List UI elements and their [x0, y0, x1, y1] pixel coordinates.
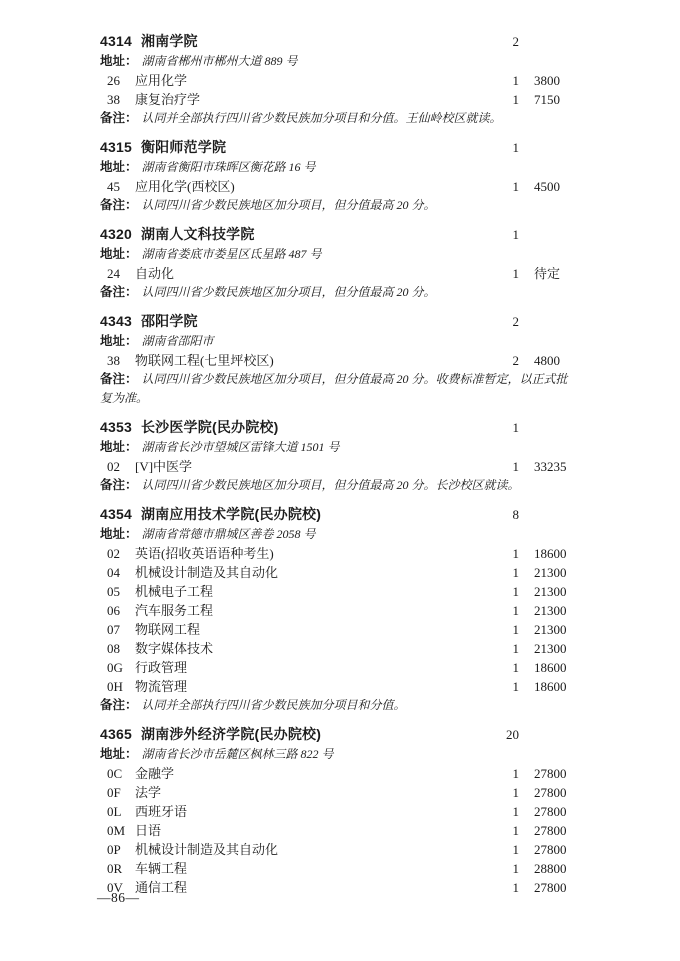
note-value: 认同四川省少数民族地区加分项目，但分值最高 20 分。 — [142, 198, 436, 212]
major-name: 物流管理 — [135, 679, 187, 694]
school-total-count: 1 — [497, 418, 519, 438]
school-block: 4315衡阳师范学院 1 地址：湖南省衡阳市珠晖区衡花路 16 号 45应用化学… — [100, 137, 576, 215]
major-name: 车辆工程 — [135, 861, 187, 876]
school-title: 4315衡阳师范学院 — [100, 137, 497, 157]
major-fee: 28800 — [534, 859, 576, 878]
major-count: 1 — [497, 264, 519, 283]
major-code: 38 — [107, 351, 127, 370]
major-main: 38康复治疗学 — [100, 90, 497, 109]
school-code: 4365 — [100, 726, 132, 742]
major-name: 通信工程 — [135, 880, 187, 895]
major-main: 07物联网工程 — [100, 620, 497, 639]
major-main: 08数字媒体技术 — [100, 639, 497, 658]
major-main: 0V通信工程 — [100, 878, 497, 897]
address-value: 湖南省娄底市娄星区氐星路 487 号 — [142, 247, 322, 261]
major-name: 数字媒体技术 — [135, 641, 213, 656]
address-line: 地址：湖南省长沙市岳麓区枫林三路 822 号 — [100, 745, 576, 764]
school-code: 4314 — [100, 33, 132, 49]
address-line: 地址：湖南省长沙市望城区雷锋大道 1501 号 — [100, 438, 576, 457]
major-main: 0H物流管理 — [100, 677, 497, 696]
major-fee: 21300 — [534, 639, 576, 658]
major-row: 0F法学 1 27800 — [100, 783, 576, 802]
major-row: 0M日语 1 27800 — [100, 821, 576, 840]
address-value: 湖南省长沙市望城区雷锋大道 1501 号 — [142, 440, 340, 454]
major-count: 1 — [497, 177, 519, 196]
major-fee: 21300 — [534, 582, 576, 601]
major-row: 38物联网工程(七里坪校区) 2 4800 — [100, 351, 576, 370]
school-list: 4314湘南学院 2 地址：湖南省郴州市郴州大道 889 号 26应用化学 1 … — [100, 31, 576, 897]
school-name: 长沙医学院(民办院校) — [141, 419, 279, 435]
address-line: 地址：湖南省邵阳市 — [100, 332, 576, 351]
major-count: 1 — [497, 544, 519, 563]
address-label: 地址： — [100, 334, 138, 348]
major-main: 02英语(招收英语语种考生) — [100, 544, 497, 563]
note-label: 备注： — [100, 198, 138, 212]
major-code: 02 — [107, 544, 127, 563]
major-main: 04机械设计制造及其自动化 — [100, 563, 497, 582]
major-count: 1 — [497, 658, 519, 677]
major-code: 24 — [107, 264, 127, 283]
school-code: 4354 — [100, 506, 132, 522]
major-fee: 27800 — [534, 840, 576, 859]
major-count: 1 — [497, 601, 519, 620]
note-value: 认同四川省少数民族地区加分项目，但分值最高 20 分。 — [142, 285, 436, 299]
note-line: 备注：认同四川省少数民族地区加分项目，但分值最高 20 分。收费标准暂定，以正式… — [100, 370, 576, 408]
note-value: 认同并全部执行四川省少数民族加分项目和分值。王仙岭校区就读。 — [142, 111, 502, 125]
major-row: 0C金融学 1 27800 — [100, 764, 576, 783]
school-block: 4314湘南学院 2 地址：湖南省郴州市郴州大道 889 号 26应用化学 1 … — [100, 31, 576, 128]
major-fee: 21300 — [534, 563, 576, 582]
school-total-count: 2 — [497, 32, 519, 52]
school-name: 湖南涉外经济学院(民办院校) — [141, 726, 321, 742]
address-line: 地址：湖南省娄底市娄星区氐星路 487 号 — [100, 245, 576, 264]
note-line: 备注：认同四川省少数民族地区加分项目，但分值最高 20 分。 — [100, 196, 576, 215]
major-fee: 3800 — [534, 71, 576, 90]
major-fee: 21300 — [534, 620, 576, 639]
major-main: 24自动化 — [100, 264, 497, 283]
note-line: 备注：认同并全部执行四川省少数民族加分项目和分值。王仙岭校区就读。 — [100, 109, 576, 128]
school-header: 4314湘南学院 2 — [100, 31, 576, 52]
major-main: 45应用化学(西校区) — [100, 177, 497, 196]
major-name: 机械设计制造及其自动化 — [135, 842, 278, 857]
address-label: 地址： — [100, 54, 138, 68]
school-code: 4315 — [100, 139, 132, 155]
school-total-count: 8 — [497, 505, 519, 525]
major-row: 08数字媒体技术 1 21300 — [100, 639, 576, 658]
major-count: 1 — [497, 859, 519, 878]
major-row: 45应用化学(西校区) 1 4500 — [100, 177, 576, 196]
major-main: 0F法学 — [100, 783, 497, 802]
major-count: 1 — [497, 677, 519, 696]
major-list: 0C金融学 1 27800 0F法学 1 27800 0L西班牙语 1 2780… — [100, 764, 576, 897]
major-row: 02[V]中医学 1 33235 — [100, 457, 576, 476]
school-total-count: 2 — [497, 312, 519, 332]
school-total-count: 20 — [497, 725, 519, 745]
major-fee: 7150 — [534, 90, 576, 109]
major-fee: 27800 — [534, 764, 576, 783]
note-label: 备注： — [100, 698, 138, 712]
note-line: 备注：认同四川省少数民族地区加分项目，但分值最高 20 分。 — [100, 283, 576, 302]
address-label: 地址： — [100, 160, 138, 174]
major-code: 05 — [107, 582, 127, 601]
school-title: 4314湘南学院 — [100, 31, 497, 51]
school-block: 4343邵阳学院 2 地址：湖南省邵阳市 38物联网工程(七里坪校区) 2 48… — [100, 311, 576, 408]
major-main: 05机械电子工程 — [100, 582, 497, 601]
major-name: 机械电子工程 — [135, 584, 213, 599]
major-name: 机械设计制造及其自动化 — [135, 565, 278, 580]
school-total-count: 1 — [497, 225, 519, 245]
major-row: 0G行政管理 1 18600 — [100, 658, 576, 677]
school-block: 4365湖南涉外经济学院(民办院校) 20 地址：湖南省长沙市岳麓区枫林三路 8… — [100, 724, 576, 897]
major-name: [V]中医学 — [135, 459, 192, 474]
major-count: 1 — [497, 620, 519, 639]
note-value: 认同四川省少数民族地区加分项目，但分值最高 20 分。长沙校区就读。 — [142, 478, 520, 492]
major-code: 02 — [107, 457, 127, 476]
major-name: 英语(招收英语语种考生) — [135, 546, 274, 561]
major-list: 45应用化学(西校区) 1 4500 — [100, 177, 576, 196]
note-label: 备注： — [100, 372, 138, 386]
major-count: 1 — [497, 639, 519, 658]
major-count: 1 — [497, 821, 519, 840]
major-count: 1 — [497, 840, 519, 859]
major-fee: 18600 — [534, 677, 576, 696]
major-row: 04机械设计制造及其自动化 1 21300 — [100, 563, 576, 582]
note-line: 备注：认同四川省少数民族地区加分项目，但分值最高 20 分。长沙校区就读。 — [100, 476, 576, 495]
address-value: 湖南省常德市鼎城区善卷 2058 号 — [142, 527, 316, 541]
school-block: 4354湖南应用技术学院(民办院校) 8 地址：湖南省常德市鼎城区善卷 2058… — [100, 504, 576, 715]
document-page: 4314湘南学院 2 地址：湖南省郴州市郴州大道 889 号 26应用化学 1 … — [0, 0, 680, 961]
major-row: 38康复治疗学 1 7150 — [100, 90, 576, 109]
major-row: 05机械电子工程 1 21300 — [100, 582, 576, 601]
note-label: 备注： — [100, 111, 138, 125]
school-code: 4343 — [100, 313, 132, 329]
note-label: 备注： — [100, 478, 138, 492]
major-name: 日语 — [135, 823, 161, 838]
major-code: 45 — [107, 177, 127, 196]
major-main: 0C金融学 — [100, 764, 497, 783]
major-count: 1 — [497, 764, 519, 783]
major-list: 02英语(招收英语语种考生) 1 18600 04机械设计制造及其自动化 1 2… — [100, 544, 576, 696]
major-name: 汽车服务工程 — [135, 603, 213, 618]
major-code: 0R — [107, 859, 127, 878]
address-line: 地址：湖南省常德市鼎城区善卷 2058 号 — [100, 525, 576, 544]
major-fee: 18600 — [534, 544, 576, 563]
major-main: 26应用化学 — [100, 71, 497, 90]
major-code: 07 — [107, 620, 127, 639]
major-code: 04 — [107, 563, 127, 582]
address-line: 地址：湖南省衡阳市珠晖区衡花路 16 号 — [100, 158, 576, 177]
school-title: 4343邵阳学院 — [100, 311, 497, 331]
major-row: 06汽车服务工程 1 21300 — [100, 601, 576, 620]
major-count: 1 — [497, 878, 519, 897]
major-row: 0H物流管理 1 18600 — [100, 677, 576, 696]
school-name: 湖南人文科技学院 — [141, 226, 255, 242]
school-header: 4315衡阳师范学院 1 — [100, 137, 576, 158]
school-title: 4365湖南涉外经济学院(民办院校) — [100, 724, 497, 744]
address-value: 湖南省衡阳市珠晖区衡花路 16 号 — [142, 160, 316, 174]
major-code: 0L — [107, 802, 127, 821]
address-value: 湖南省邵阳市 — [142, 334, 214, 348]
major-fee: 27800 — [534, 878, 576, 897]
school-block: 4353长沙医学院(民办院校) 1 地址：湖南省长沙市望城区雷锋大道 1501 … — [100, 417, 576, 495]
note-value: 认同并全部执行四川省少数民族加分项目和分值。 — [142, 698, 406, 712]
major-fee: 待定 — [534, 264, 576, 283]
school-header: 4354湖南应用技术学院(民办院校) 8 — [100, 504, 576, 525]
major-main: 38物联网工程(七里坪校区) — [100, 351, 497, 370]
school-code: 4320 — [100, 226, 132, 242]
major-fee: 4800 — [534, 351, 576, 370]
major-name: 应用化学(西校区) — [135, 179, 235, 194]
major-name: 金融学 — [135, 766, 174, 781]
major-main: 0R车辆工程 — [100, 859, 497, 878]
major-count: 1 — [497, 90, 519, 109]
major-name: 应用化学 — [135, 73, 187, 88]
note-label: 备注： — [100, 285, 138, 299]
address-label: 地址： — [100, 440, 138, 454]
major-code: 0C — [107, 764, 127, 783]
major-row: 0V通信工程 1 27800 — [100, 878, 576, 897]
school-header: 4320湖南人文科技学院 1 — [100, 224, 576, 245]
major-row: 24自动化 1 待定 — [100, 264, 576, 283]
major-list: 24自动化 1 待定 — [100, 264, 576, 283]
major-row: 26应用化学 1 3800 — [100, 71, 576, 90]
major-name: 自动化 — [135, 266, 174, 281]
major-code: 06 — [107, 601, 127, 620]
school-title: 4354湖南应用技术学院(民办院校) — [100, 504, 497, 524]
major-code: 26 — [107, 71, 127, 90]
note-value: 认同四川省少数民族地区加分项目，但分值最高 20 分。收费标准暂定，以正式批复为… — [100, 372, 568, 405]
major-name: 物联网工程 — [135, 622, 200, 637]
major-list: 38物联网工程(七里坪校区) 2 4800 — [100, 351, 576, 370]
address-line: 地址：湖南省郴州市郴州大道 889 号 — [100, 52, 576, 71]
major-code: 0P — [107, 840, 127, 859]
major-row: 0R车辆工程 1 28800 — [100, 859, 576, 878]
major-code: 08 — [107, 639, 127, 658]
major-main: 0G行政管理 — [100, 658, 497, 677]
major-row: 0L西班牙语 1 27800 — [100, 802, 576, 821]
major-row: 0P机械设计制造及其自动化 1 27800 — [100, 840, 576, 859]
school-name: 邵阳学院 — [141, 313, 198, 329]
school-name: 湖南应用技术学院(民办院校) — [141, 506, 321, 522]
major-list: 02[V]中医学 1 33235 — [100, 457, 576, 476]
school-block: 4320湖南人文科技学院 1 地址：湖南省娄底市娄星区氐星路 487 号 24自… — [100, 224, 576, 302]
major-main: 0L西班牙语 — [100, 802, 497, 821]
address-value: 湖南省郴州市郴州大道 889 号 — [142, 54, 298, 68]
address-label: 地址： — [100, 747, 138, 761]
major-name: 行政管理 — [135, 660, 187, 675]
major-count: 1 — [497, 582, 519, 601]
address-value: 湖南省长沙市岳麓区枫林三路 822 号 — [142, 747, 334, 761]
major-count: 1 — [497, 802, 519, 821]
major-main: 0P机械设计制造及其自动化 — [100, 840, 497, 859]
major-fee: 4500 — [534, 177, 576, 196]
major-name: 西班牙语 — [135, 804, 187, 819]
major-name: 康复治疗学 — [135, 92, 200, 107]
major-fee: 27800 — [534, 821, 576, 840]
school-name: 衡阳师范学院 — [141, 139, 226, 155]
major-fee: 21300 — [534, 601, 576, 620]
major-count: 2 — [497, 351, 519, 370]
major-count: 1 — [497, 457, 519, 476]
major-name: 物联网工程(七里坪校区) — [135, 353, 274, 368]
school-title: 4353长沙医学院(民办院校) — [100, 417, 497, 437]
major-count: 1 — [497, 783, 519, 802]
school-name: 湘南学院 — [141, 33, 198, 49]
note-line: 备注：认同并全部执行四川省少数民族加分项目和分值。 — [100, 696, 576, 715]
major-fee: 27800 — [534, 802, 576, 821]
major-fee: 27800 — [534, 783, 576, 802]
major-row: 02英语(招收英语语种考生) 1 18600 — [100, 544, 576, 563]
major-main: 06汽车服务工程 — [100, 601, 497, 620]
address-label: 地址： — [100, 527, 138, 541]
major-count: 1 — [497, 71, 519, 90]
address-label: 地址： — [100, 247, 138, 261]
major-fee: 18600 — [534, 658, 576, 677]
major-main: 02[V]中医学 — [100, 457, 497, 476]
major-code: 0M — [107, 821, 127, 840]
school-title: 4320湖南人文科技学院 — [100, 224, 497, 244]
major-list: 26应用化学 1 3800 38康复治疗学 1 7150 — [100, 71, 576, 109]
page-number: —86— — [97, 890, 140, 906]
major-name: 法学 — [135, 785, 161, 800]
school-code: 4353 — [100, 419, 132, 435]
major-row: 07物联网工程 1 21300 — [100, 620, 576, 639]
school-header: 4365湖南涉外经济学院(民办院校) 20 — [100, 724, 576, 745]
major-code: 0G — [107, 658, 127, 677]
major-code: 0H — [107, 677, 127, 696]
school-total-count: 1 — [497, 138, 519, 158]
school-header: 4343邵阳学院 2 — [100, 311, 576, 332]
major-code: 0F — [107, 783, 127, 802]
school-header: 4353长沙医学院(民办院校) 1 — [100, 417, 576, 438]
major-count: 1 — [497, 563, 519, 582]
major-fee: 33235 — [534, 457, 576, 476]
major-main: 0M日语 — [100, 821, 497, 840]
major-code: 38 — [107, 90, 127, 109]
